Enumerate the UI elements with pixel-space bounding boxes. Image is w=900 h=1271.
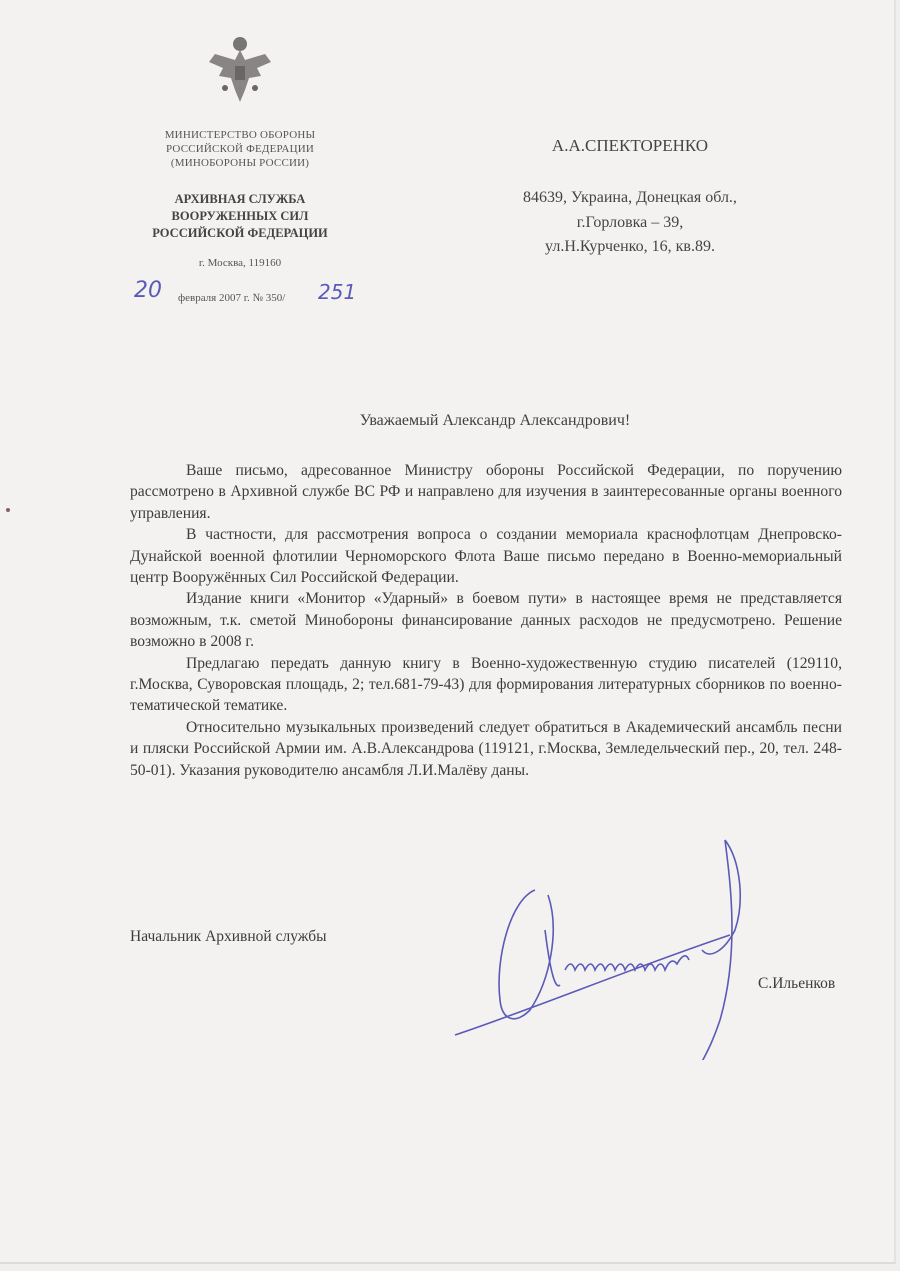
- recipient-name: А.А.СПЕКТОРЕНКО: [470, 136, 790, 156]
- letter-page: МИНИСТЕРСТВО ОБОРОНЫ РОССИЙСКОЙ ФЕДЕРАЦИ…: [0, 0, 896, 1264]
- paragraph: Относительно музыкальных произведений сл…: [130, 717, 842, 781]
- paragraph: Издание книги «Монитор «Ударный» в боево…: [130, 588, 842, 652]
- ministry-line-1: МИНИСТЕРСТВО ОБОРОНЫ: [120, 128, 360, 142]
- ministry-line-3: (МИНОБОРОНЫ РОССИИ): [120, 156, 360, 170]
- service-line-1: АРХИВНАЯ СЛУЖБА: [120, 191, 360, 208]
- letter-body: Ваше письмо, адресованное Министру оборо…: [130, 460, 842, 781]
- paragraph: Ваше письмо, адресованное Министру оборо…: [130, 460, 842, 524]
- address-line-2: г.Горловка – 39,: [460, 211, 800, 236]
- signatory-name: С.Ильенков: [758, 975, 835, 993]
- letterhead-city: г. Москва, 119160: [120, 257, 360, 269]
- paper-mark: [6, 508, 10, 512]
- address-line-3: ул.Н.Курченко, 16, кв.89.: [460, 235, 800, 260]
- paragraph: В частности, для рассмотрения вопроса о …: [130, 524, 842, 588]
- address-line-1: 84639, Украина, Донецкая обл.,: [460, 186, 800, 211]
- registration-line: 20 февраля 2007 г. № 350/ 251: [130, 280, 390, 310]
- handwritten-day: 20: [134, 278, 162, 303]
- handwritten-reg-number: 251: [318, 280, 356, 304]
- service-line-3: РОССИЙСКОЙ ФЕДЕРАЦИИ: [120, 225, 360, 242]
- registration-printed: февраля 2007 г. № 350/: [178, 292, 285, 304]
- handwritten-signature-icon: [440, 820, 760, 1060]
- ministry-line-2: РОССИЙСКОЙ ФЕДЕРАЦИИ: [120, 142, 360, 156]
- service-line-2: ВООРУЖЕННЫХ СИЛ: [120, 208, 360, 225]
- paragraph: Предлагаю передать данную книгу в Военно…: [130, 653, 842, 717]
- recipient-address: 84639, Украина, Донецкая обл., г.Горловк…: [460, 186, 800, 260]
- signatory-title: Начальник Архивной службы: [130, 928, 327, 946]
- double-headed-eagle-icon: [205, 32, 275, 112]
- salutation: Уважаемый Александр Александрович!: [130, 412, 860, 430]
